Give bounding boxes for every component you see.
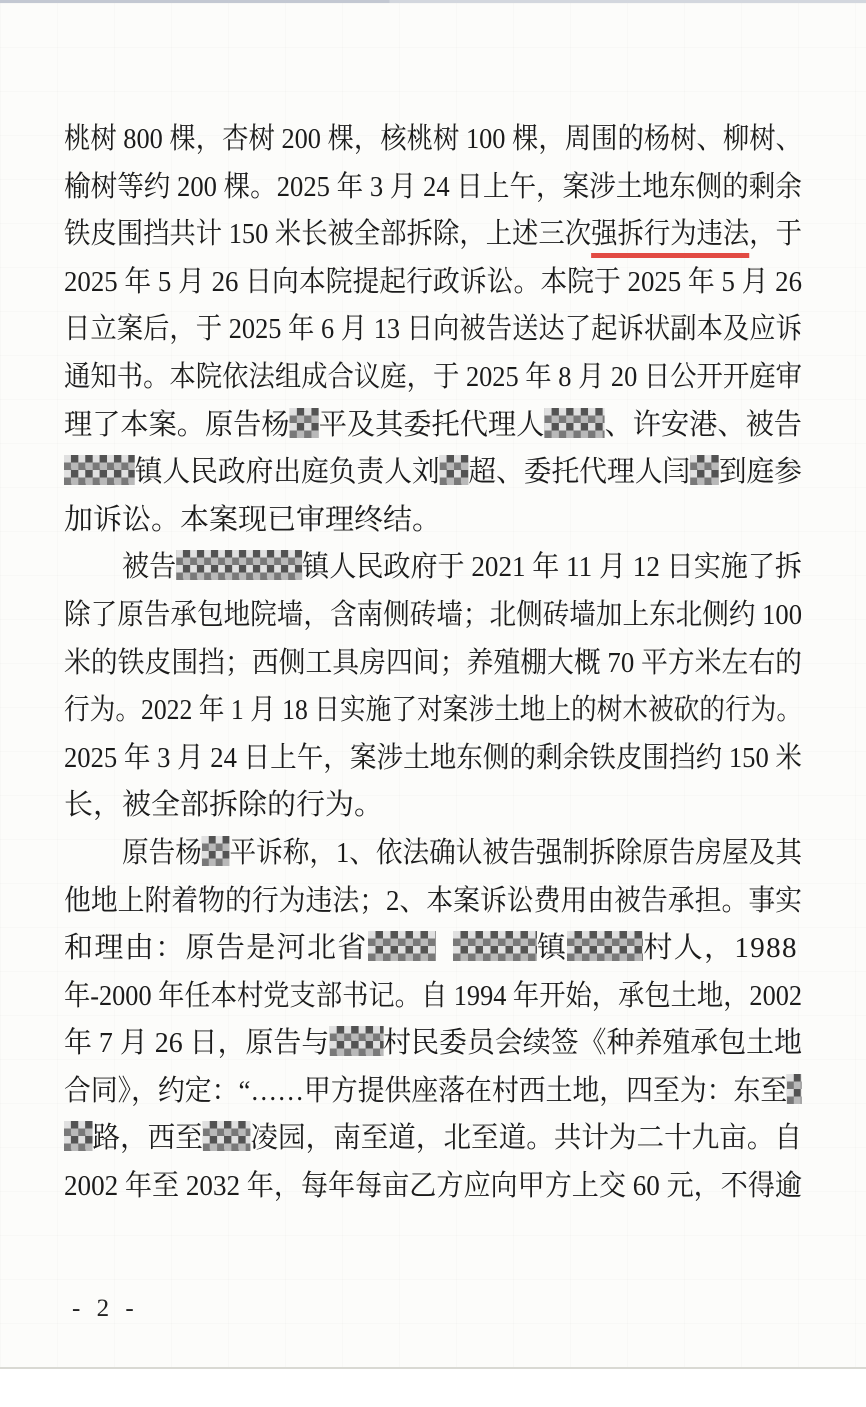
text-line: 年-2000 年任本村党支部书记。自 1994 年开始，承包土地，2002 (64, 973, 802, 1021)
text-run: 村人，1988 (643, 932, 798, 964)
text-run: 2025 年 3 月 24 日上午，案涉土地东侧的剩余铁皮围挡约 150 米 (64, 742, 802, 774)
text-run: 长，被全部拆除的行为。 (64, 789, 383, 821)
text-run: 、许安港、被告 (605, 409, 802, 441)
text-run: 凌园，南至道，北至道。共计为二十九亩。自 (250, 1122, 802, 1154)
text-run: 除了原告承包地院墙，含南侧砖墙；北侧砖墙加上东北侧约 100 (64, 599, 802, 631)
text-run: 镇 (537, 932, 567, 964)
text-line-content: 他地上附着物的行为违法；2、本案诉讼费用由被告承担。事实 (64, 878, 802, 926)
text-line: 长，被全部拆除的行为。 (64, 782, 802, 830)
text-line-content: 原告杨平诉称，1、依法确认被告强制拆除原告房屋及其 (122, 830, 802, 878)
redaction-block (176, 550, 302, 580)
text-line: 2002 年至 2032 年，每年每亩乙方应向甲方上交 60 元，不得逾 (64, 1163, 802, 1211)
text-line-content: 年 7 月 26 日，原告与村民委员会续签《种养殖承包土地 (64, 1020, 802, 1068)
text-line-content: 长，被全部拆除的行为。 (64, 782, 383, 830)
text-line-content: 米的铁皮围挡；西侧工具房四间；养殖棚大概 70 平方米左右的 (64, 640, 802, 688)
redaction-block (203, 1121, 251, 1151)
text-run: 年 7 月 26 日，原告与 (64, 1027, 329, 1059)
redaction-block (453, 931, 537, 961)
text-line-content: 桃树 800 棵，杏树 200 棵，核桃树 100 棵，周围的杨树、柳树、 (64, 116, 802, 164)
text-line-content: 除了原告承包地院墙，含南侧砖墙；北侧砖墙加上东北侧约 100 (64, 592, 802, 640)
text-line: 铁皮围挡共计 150 米长被全部拆除，上述三次强拆行为违法，于 (64, 211, 802, 259)
text-line-content: 2025 年 5 月 26 日向本院提起行政诉讼。本院于 2025 年 5 月 … (64, 259, 802, 307)
text-run: 合同》，约定：“……甲方提供座落在村西土地，四至为：东至 (64, 1075, 787, 1107)
text-line-content: 通知书。本院依法组成合议庭，于 2025 年 8 月 20 日公开开庭审 (64, 354, 802, 402)
text-line: 理了本案。原告杨平及其委托代理人、许安港、被告 (64, 402, 802, 450)
text-run: 日立案后，于 2025 年 6 月 13 日向被告送达了起诉状副本及应诉 (64, 313, 802, 345)
text-line-content: 年-2000 年任本村党支部书记。自 1994 年开始，承包土地，2002 (64, 973, 802, 1021)
text-line: 除了原告承包地院墙，含南侧砖墙；北侧砖墙加上东北侧约 100 (64, 592, 802, 640)
text-line-content: 铁皮围挡共计 150 米长被全部拆除，上述三次强拆行为违法，于 (64, 211, 802, 259)
text-run: 镇人民政府出庭负责人刘 (135, 456, 440, 488)
text-run: 加诉讼。本案现已审理终结。 (64, 504, 441, 536)
text-line-content: 加诉讼。本案现已审理终结。 (64, 497, 441, 545)
text-line: 原告杨平诉称，1、依法确认被告强制拆除原告房屋及其 (64, 830, 802, 878)
text-line-content: 日立案后，于 2025 年 6 月 13 日向被告送达了起诉状副本及应诉 (64, 306, 802, 354)
text-run: 路，西至 (93, 1122, 203, 1154)
text-line: 2025 年 3 月 24 日上午，案涉土地东侧的剩余铁皮围挡约 150 米 (64, 735, 802, 783)
text-line: 日立案后，于 2025 年 6 月 13 日向被告送达了起诉状副本及应诉 (64, 306, 802, 354)
text-run: 原告杨 (122, 837, 202, 869)
paper-page: 桃树 800 棵，杏树 200 棵，核桃树 100 棵，周围的杨树、柳树、榆树等… (0, 3, 866, 1369)
text-line-content: 被告镇人民政府于 2021 年 11 月 12 日实施了拆 (122, 544, 802, 592)
text-run: 年-2000 年任本村党支部书记。自 1994 年开始，承包土地，2002 (64, 980, 802, 1012)
text-run: 榆树等约 200 棵。2025 年 3 月 24 日上午，案涉土地东侧的剩余 (64, 171, 802, 203)
text-run: 理了本案。原告杨 (64, 409, 290, 441)
text-run: 到庭参 (719, 456, 802, 488)
text-run: 超、委托代理人闫 (468, 456, 690, 488)
text-line-content: 和理由：原告是河北省 镇村人，1988 (64, 925, 798, 973)
redaction-block (202, 836, 230, 866)
text-line-content: 合同》，约定：“……甲方提供座落在村西土地，四至为：东至 (64, 1068, 802, 1116)
text-line: 2025 年 5 月 26 日向本院提起行政诉讼。本院于 2025 年 5 月 … (64, 259, 802, 307)
text-line: 通知书。本院依法组成合议庭，于 2025 年 8 月 20 日公开开庭审 (64, 354, 802, 402)
text-run: 通知书。本院依法组成合议庭，于 2025 年 8 月 20 日公开开庭审 (64, 361, 802, 393)
text-run: 平及其委托代理人 (319, 409, 545, 441)
redaction-block (787, 1074, 802, 1104)
text-run (436, 932, 453, 964)
text-run: 铁皮围挡共计 150 米长被全部拆除，上述三次 (64, 218, 591, 250)
text-line-content: 理了本案。原告杨平及其委托代理人、许安港、被告 (64, 402, 802, 450)
text-line-content: 2025 年 3 月 24 日上午，案涉土地东侧的剩余铁皮围挡约 150 米 (64, 735, 802, 783)
text-line: 被告镇人民政府于 2021 年 11 月 12 日实施了拆 (64, 544, 802, 592)
red-underlined-text: 强拆行为违法 (591, 218, 749, 258)
text-line: 米的铁皮围挡；西侧工具房四间；养殖棚大概 70 平方米左右的 (64, 640, 802, 688)
text-run: 桃树 800 棵，杏树 200 棵，核桃树 100 棵，周围的杨树、柳树、 (64, 123, 802, 155)
text-run: 村民委员会续签《种养殖承包土地 (383, 1027, 802, 1059)
text-line: 路，西至凌园，南至道，北至道。共计为二十九亩。自 (64, 1115, 802, 1163)
text-run: 镇人民政府于 2021 年 11 月 12 日实施了拆 (302, 551, 802, 583)
text-run: ，于 (749, 218, 802, 250)
scanned-court-document-page: 桃树 800 棵，杏树 200 棵，核桃树 100 棵，周围的杨树、柳树、榆树等… (0, 0, 866, 1407)
text-line: 桃树 800 棵，杏树 200 棵，核桃树 100 棵，周围的杨树、柳树、 (64, 116, 802, 164)
text-run: 2025 年 5 月 26 日向本院提起行政诉讼。本院于 2025 年 5 月 … (64, 266, 802, 298)
document-body: 桃树 800 棵，杏树 200 棵，核桃树 100 棵，周围的杨树、柳树、榆树等… (64, 116, 802, 1211)
text-run: 和理由：原告是河北省 (64, 932, 368, 964)
text-run: 2002 年至 2032 年，每年每亩乙方应向甲方上交 60 元，不得逾 (64, 1170, 802, 1202)
page-number: - 2 - (72, 1295, 139, 1323)
text-line-content: 行为。2022 年 1 月 18 日实施了对案涉土地上的树木被砍的行为。 (64, 687, 802, 735)
redaction-block (690, 455, 719, 485)
redaction-block (64, 1121, 93, 1151)
redaction-block (544, 408, 604, 438)
text-line: 行为。2022 年 1 月 18 日实施了对案涉土地上的树木被砍的行为。 (64, 687, 802, 735)
text-run: 他地上附着物的行为违法；2、本案诉讼费用由被告承担。事实 (64, 885, 802, 917)
text-line: 合同》，约定：“……甲方提供座落在村西土地，四至为：东至 (64, 1068, 802, 1116)
text-line: 加诉讼。本案现已审理终结。 (64, 497, 802, 545)
text-run: 被告 (122, 551, 176, 583)
text-run: 平诉称，1、依法确认被告强制拆除原告房屋及其 (229, 837, 802, 869)
redaction-block (329, 1026, 383, 1056)
text-line-content: 榆树等约 200 棵。2025 年 3 月 24 日上午，案涉土地东侧的剩余 (64, 164, 802, 212)
redaction-block (440, 455, 469, 485)
text-run: 米的铁皮围挡；西侧工具房四间；养殖棚大概 70 平方米左右的 (64, 647, 802, 679)
text-line: 榆树等约 200 棵。2025 年 3 月 24 日上午，案涉土地东侧的剩余 (64, 164, 802, 212)
text-line: 镇人民政府出庭负责人刘超、委托代理人闫到庭参 (64, 449, 802, 497)
redaction-block (290, 408, 319, 438)
text-line-content: 2002 年至 2032 年，每年每亩乙方应向甲方上交 60 元，不得逾 (64, 1163, 802, 1211)
text-line-content: 路，西至凌园，南至道，北至道。共计为二十九亩。自 (64, 1115, 802, 1163)
text-run: 行为。2022 年 1 月 18 日实施了对案涉土地上的树木被砍的行为。 (64, 694, 802, 726)
redaction-block (567, 931, 643, 961)
redaction-block (64, 455, 135, 485)
text-line: 和理由：原告是河北省 镇村人，1988 (64, 925, 802, 973)
text-line: 他地上附着物的行为违法；2、本案诉讼费用由被告承担。事实 (64, 878, 802, 926)
text-line-content: 镇人民政府出庭负责人刘超、委托代理人闫到庭参 (64, 449, 802, 497)
text-line: 年 7 月 26 日，原告与村民委员会续签《种养殖承包土地 (64, 1020, 802, 1068)
redaction-block (368, 931, 436, 961)
